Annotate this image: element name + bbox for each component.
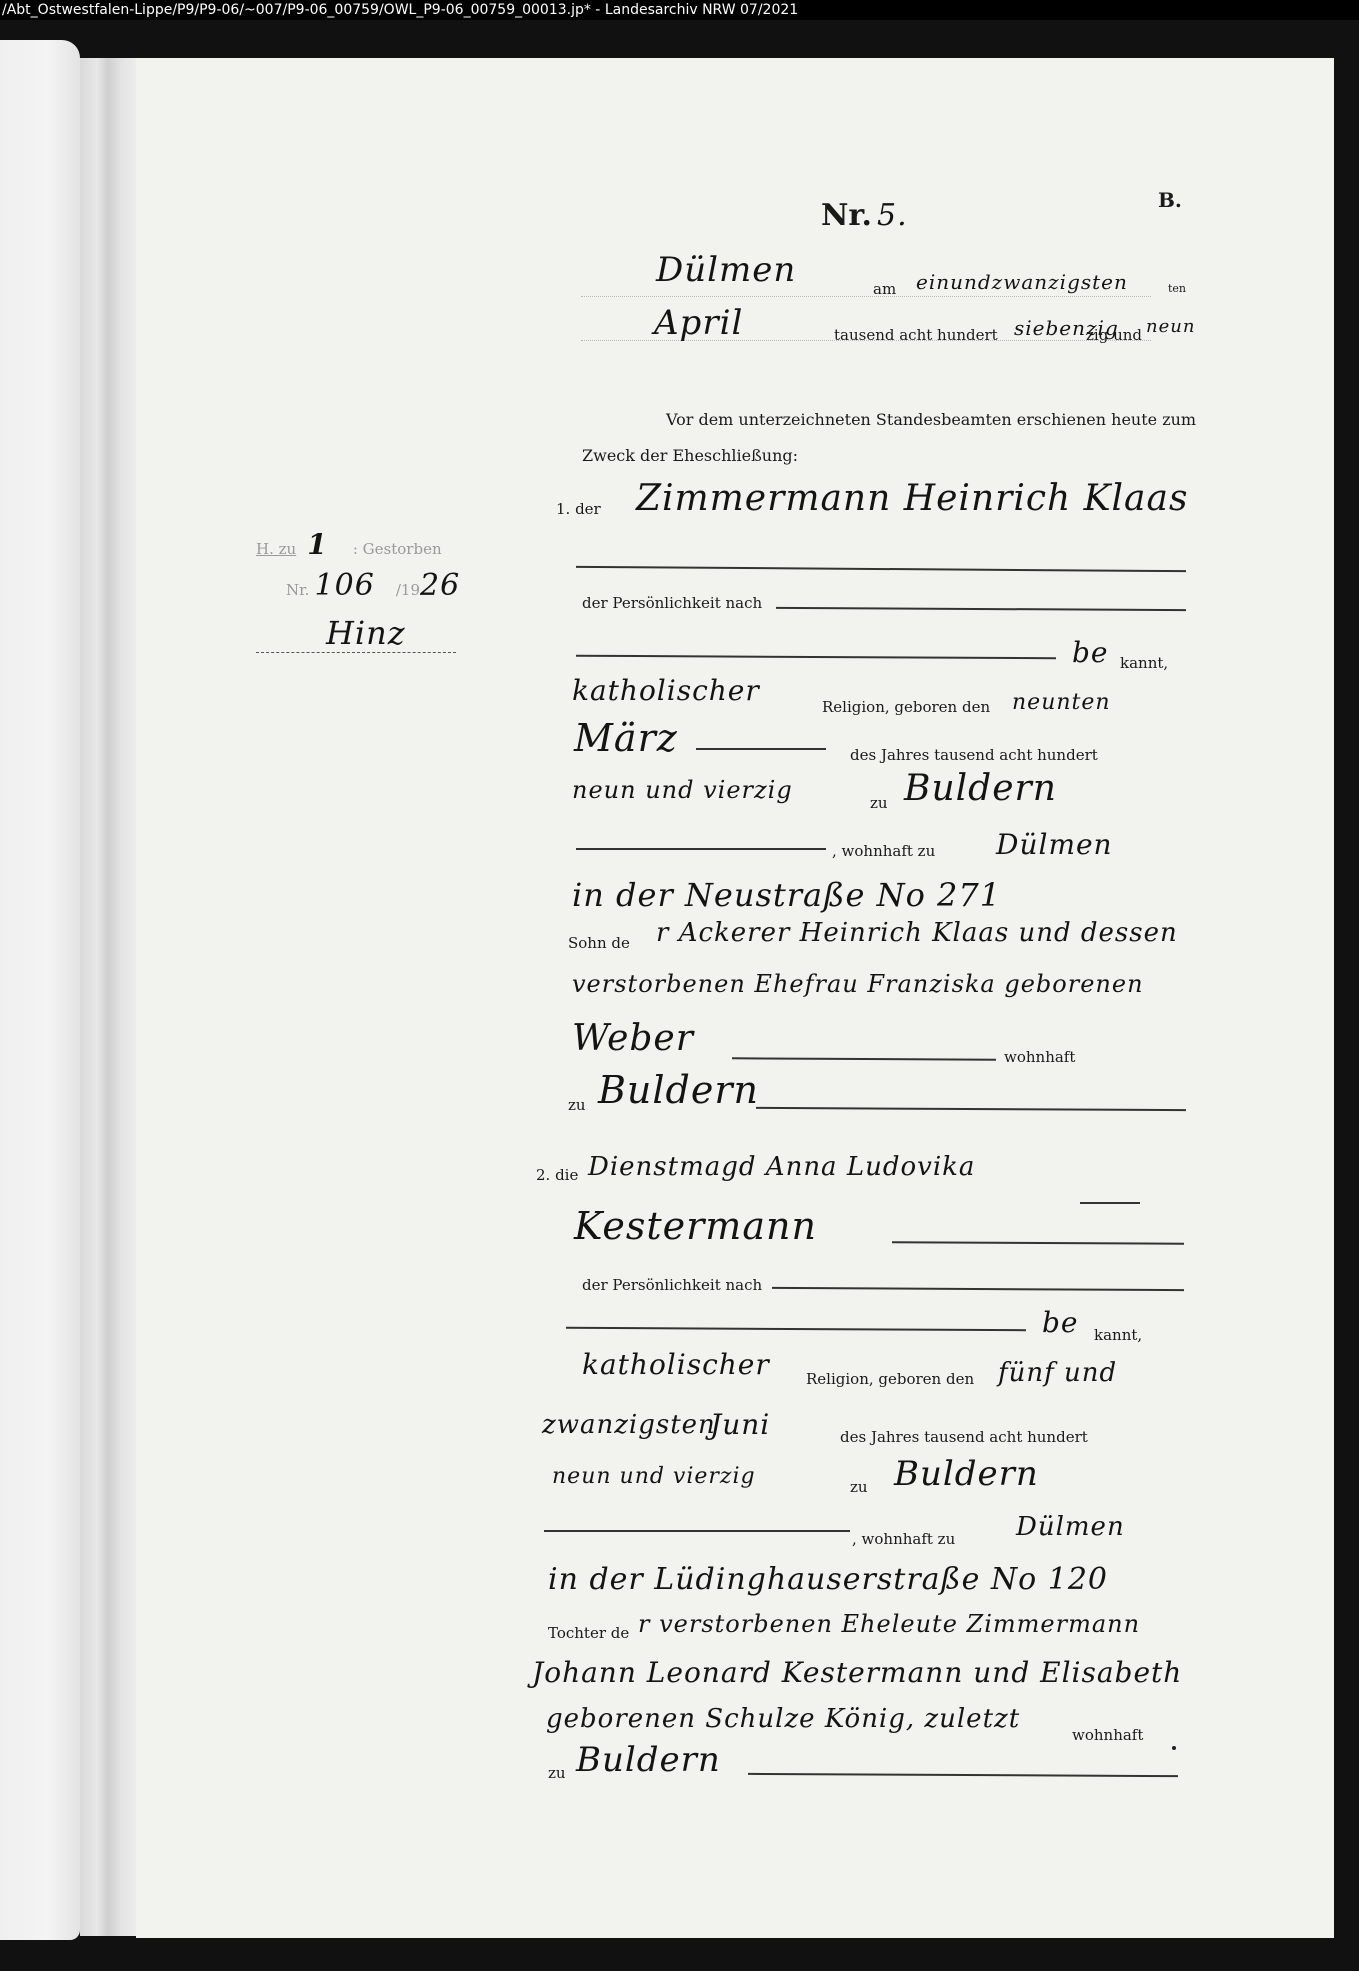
bride-known-print: kannt,	[1094, 1326, 1142, 1344]
groom-known-print: kannt,	[1120, 654, 1168, 672]
bride-birth-year: neun und vierzig	[552, 1464, 756, 1489]
groom-parents-label: Sohn de	[568, 934, 630, 952]
groom-religion-value: katholischer	[572, 674, 760, 707]
bride-residence-label: , wohnhaft zu	[852, 1530, 955, 1548]
am-label: am	[873, 280, 896, 298]
rule	[892, 1241, 1184, 1245]
rule	[576, 848, 826, 850]
groom-parents-line-1: r Ackerer Heinrich Klaas und dessen	[656, 918, 1178, 948]
book-gutter	[80, 58, 136, 1936]
left-page-edge	[0, 40, 80, 1940]
bride-parents-line-1: r verstorbenen Eheleute Zimmermann	[638, 1610, 1140, 1638]
groom-parents-zu-label: zu	[568, 1096, 586, 1114]
groom-identity-label: der Persönlichkeit nach	[582, 594, 762, 612]
margin-note-value-1: 1	[307, 528, 327, 561]
entry-number-value: 5.	[877, 198, 908, 233]
groom-parents-line-3: Weber	[572, 1018, 694, 1059]
bride-wohnhaft-label: wohnhaft	[1072, 1726, 1143, 1744]
bride-birth-day-line-2: zwanzigsten	[542, 1410, 716, 1440]
margin-note-value-2: 106	[315, 568, 375, 603]
groom-residence: Dülmen	[996, 828, 1113, 861]
rule	[772, 1287, 1184, 1291]
rule	[756, 1107, 1186, 1111]
bride-parents-label: Tochter de	[548, 1624, 629, 1642]
bride-parents-line-2: Johann Leonard Kestermann und Elisabeth	[532, 1656, 1182, 1689]
bride-zu-label: zu	[850, 1478, 868, 1496]
bride-known-hand: be	[1042, 1306, 1079, 1339]
rule	[732, 1057, 996, 1060]
year-prefix: tausend acht hundert	[834, 326, 998, 344]
groom-known-hand: be	[1072, 636, 1109, 669]
bride-street: in der Lüdinghauserstraße No 120	[548, 1562, 1108, 1597]
register-page: B. Nr. 5. Dülmen am einundzwanzigsten te…	[136, 58, 1334, 1938]
groom-year-label: des Jahres tausend acht hundert	[850, 746, 1098, 764]
entry-number-prefix: Nr.	[821, 198, 872, 233]
groom-zu-label: zu	[870, 794, 888, 812]
bride-parents-residence: Buldern	[576, 1740, 721, 1780]
margin-note-signature: Hinz	[326, 614, 406, 652]
bride-parents-zu-label: zu	[548, 1764, 566, 1782]
groom-wohnhaft-label: wohnhaft	[1004, 1048, 1075, 1066]
ten-suffix: ten	[1168, 282, 1186, 295]
zig-und-label: zig und	[1086, 326, 1142, 344]
margin-note: H. zu 1 : Gestorben Nr. 106 /1926 Hinz	[256, 528, 460, 653]
groom-name: Zimmermann Heinrich Klaas	[636, 478, 1188, 519]
day-value: einundzwanzigsten	[916, 270, 1128, 294]
dotted-rule	[581, 296, 1151, 297]
section-letter: B.	[1158, 188, 1182, 212]
groom-birth-year: neun und vierzig	[572, 776, 793, 804]
bride-birthplace: Buldern	[894, 1454, 1039, 1494]
month-value: April	[654, 303, 743, 343]
margin-note-prefix-1: H. zu	[256, 540, 296, 558]
bride-identity-label: der Persönlichkeit nach	[582, 1276, 762, 1294]
groom-street: in der Neustraße No 271	[572, 876, 1001, 914]
bride-residence: Dülmen	[1016, 1512, 1125, 1542]
rule	[576, 566, 1186, 572]
window-title-bar: /Abt_Ostwestfalen-Lippe/P9/P9-06/~007/P9…	[0, 0, 1359, 20]
entry-number: Nr. 5.	[821, 198, 908, 233]
margin-note-year-hand: 26	[420, 568, 460, 603]
rule	[566, 1327, 1026, 1331]
margin-note-suffix-1: : Gestorben	[353, 540, 442, 558]
rule	[696, 748, 826, 750]
rule	[1080, 1202, 1140, 1204]
rule	[544, 1530, 850, 1532]
window-title: /Abt_Ostwestfalen-Lippe/P9/P9-06/~007/P9…	[2, 2, 798, 18]
margin-note-prefix-2: Nr.	[286, 581, 309, 599]
bride-name-line-2: Kestermann	[574, 1204, 817, 1248]
groom-birthplace: Buldern	[904, 768, 1057, 809]
groom-birth-month: März	[574, 716, 678, 760]
groom-birth-day: neunten	[1012, 690, 1111, 715]
bride-birth-day-line-1: fünf und	[998, 1358, 1117, 1388]
year-units-value: neun	[1146, 316, 1195, 337]
groom-religion-label: Religion, geboren den	[822, 698, 990, 716]
rule	[576, 655, 1056, 660]
rule	[748, 1773, 1178, 1777]
bride-label: 2. die	[536, 1166, 578, 1184]
groom-parents-line-2: verstorbenen Ehefrau Franziska geborenen	[572, 970, 1144, 998]
rule	[776, 607, 1186, 611]
bride-parents-line-3: geborenen Schulze König, zuletzt	[546, 1704, 1020, 1734]
intro-line-2: Zweck der Eheschließung:	[582, 446, 798, 465]
bride-religion-label: Religion, geboren den	[806, 1370, 974, 1388]
bride-year-label: des Jahres tausend acht hundert	[840, 1428, 1088, 1446]
intro-line-1: Vor dem unterzeichneten Standesbeamten e…	[666, 410, 1196, 429]
groom-parents-residence: Buldern	[598, 1068, 759, 1112]
bride-religion-value: katholischer	[582, 1348, 770, 1381]
bride-birth-month: Juni	[710, 1408, 770, 1441]
place-value: Dülmen	[656, 250, 796, 290]
groom-label: 1. der	[556, 500, 601, 518]
ink-dot	[1172, 1746, 1176, 1750]
bride-name-line-1: Dienstmagd Anna Ludovika	[588, 1152, 975, 1182]
groom-residence-label: , wohnhaft zu	[832, 842, 935, 860]
margin-note-year-print: /19	[396, 581, 420, 599]
